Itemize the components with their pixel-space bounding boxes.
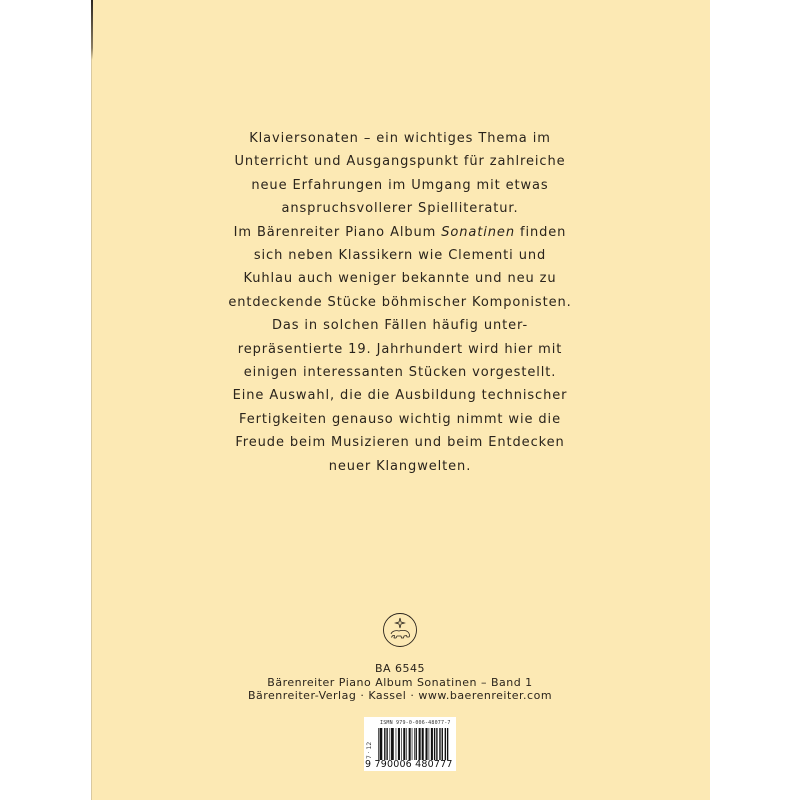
blurb-text-segment: Freude beim Musizieren und beim Entdecke… (235, 435, 564, 450)
blurb-text: Klaviersonaten – ein wichtiges Thema imU… (91, 127, 709, 478)
series-title: Bärenreiter Piano Album Sonatinen – Band… (91, 676, 709, 690)
ismn-label: ISMN 979-0-006-48077-7 (380, 720, 451, 726)
catalog-number: BA 6545 (91, 662, 709, 676)
blurb-text-segment: Unterricht und Ausgangspunkt für zahlrei… (235, 154, 566, 169)
album-title-italic: Sonatinen (441, 225, 515, 240)
blurb-text-segment: finden (515, 225, 566, 240)
imprint: BA 6545 Bärenreiter Piano Album Sonatine… (91, 662, 709, 703)
blurb-text-segment: Das in solchen Fällen häufig unter- (272, 318, 528, 333)
publisher-line: Bärenreiter-Verlag · Kassel · www.baeren… (91, 689, 709, 703)
blurb-line: Freude beim Musizieren und beim Entdecke… (91, 431, 709, 454)
blurb-line: repräsentierte 19. Jahrhundert wird hier… (91, 338, 709, 361)
blurb-text-segment: entdeckende Stücke böhmischer Komponiste… (228, 295, 571, 310)
blurb-text-segment: anspruchsvollerer Spielliteratur. (281, 201, 518, 216)
blurb-line: entdeckende Stücke böhmischer Komponiste… (91, 291, 709, 314)
blurb-line: Unterricht und Ausgangspunkt für zahlrei… (91, 150, 709, 173)
baerenreiter-logo-icon (382, 612, 418, 648)
barcode-icon (378, 728, 450, 760)
blurb-line: Fertigkeiten genauso wichtig nimmt wie d… (91, 408, 709, 431)
blurb-text-segment: repräsentierte 19. Jahrhundert wird hier… (238, 342, 562, 357)
blurb-text-segment: Fertigkeiten genauso wichtig nimmt wie d… (239, 412, 561, 427)
price-code: 7 · 12 (366, 729, 374, 759)
blurb-text-segment: Kuhlau auch weniger bekannte und neu zu (243, 271, 556, 286)
blurb-text-segment: einigen interessanten Stücken vorgestell… (244, 365, 557, 380)
blurb-line: Das in solchen Fällen häufig unter- (91, 314, 709, 337)
blurb-text-segment: Klaviersonaten – ein wichtiges Thema im (249, 131, 551, 146)
blurb-line: Eine Auswahl, die die Ausbildung technis… (91, 384, 709, 407)
blurb-text-segment: sich neben Klassikern wie Clementi und (254, 248, 546, 263)
barcode-label: ISMN 979-0-006-48077-7 7 · 12 9 790006 4… (364, 717, 456, 771)
blurb-line: Im Bärenreiter Piano Album Sonatinen fin… (91, 221, 709, 244)
blurb-text-segment: neue Erfahrungen im Umgang mit etwas (251, 178, 548, 193)
barcode-digits: 9 790006 480777 (365, 759, 455, 770)
page-edge (91, 0, 93, 60)
blurb-line: neuer Klangwelten. (91, 455, 709, 478)
blurb-line: einigen interessanten Stücken vorgestell… (91, 361, 709, 384)
blurb-line: neue Erfahrungen im Umgang mit etwas (91, 174, 709, 197)
blurb-line: sich neben Klassikern wie Clementi und (91, 244, 709, 267)
blurb-text-segment: Im Bärenreiter Piano Album (234, 225, 442, 240)
blurb-text-segment: neuer Klangwelten. (329, 459, 471, 474)
blurb-text-segment: Eine Auswahl, die die Ausbildung technis… (233, 388, 568, 403)
blurb-line: Kuhlau auch weniger bekannte und neu zu (91, 267, 709, 290)
blurb-line: Klaviersonaten – ein wichtiges Thema im (91, 127, 709, 150)
blurb-line: anspruchsvollerer Spielliteratur. (91, 197, 709, 220)
